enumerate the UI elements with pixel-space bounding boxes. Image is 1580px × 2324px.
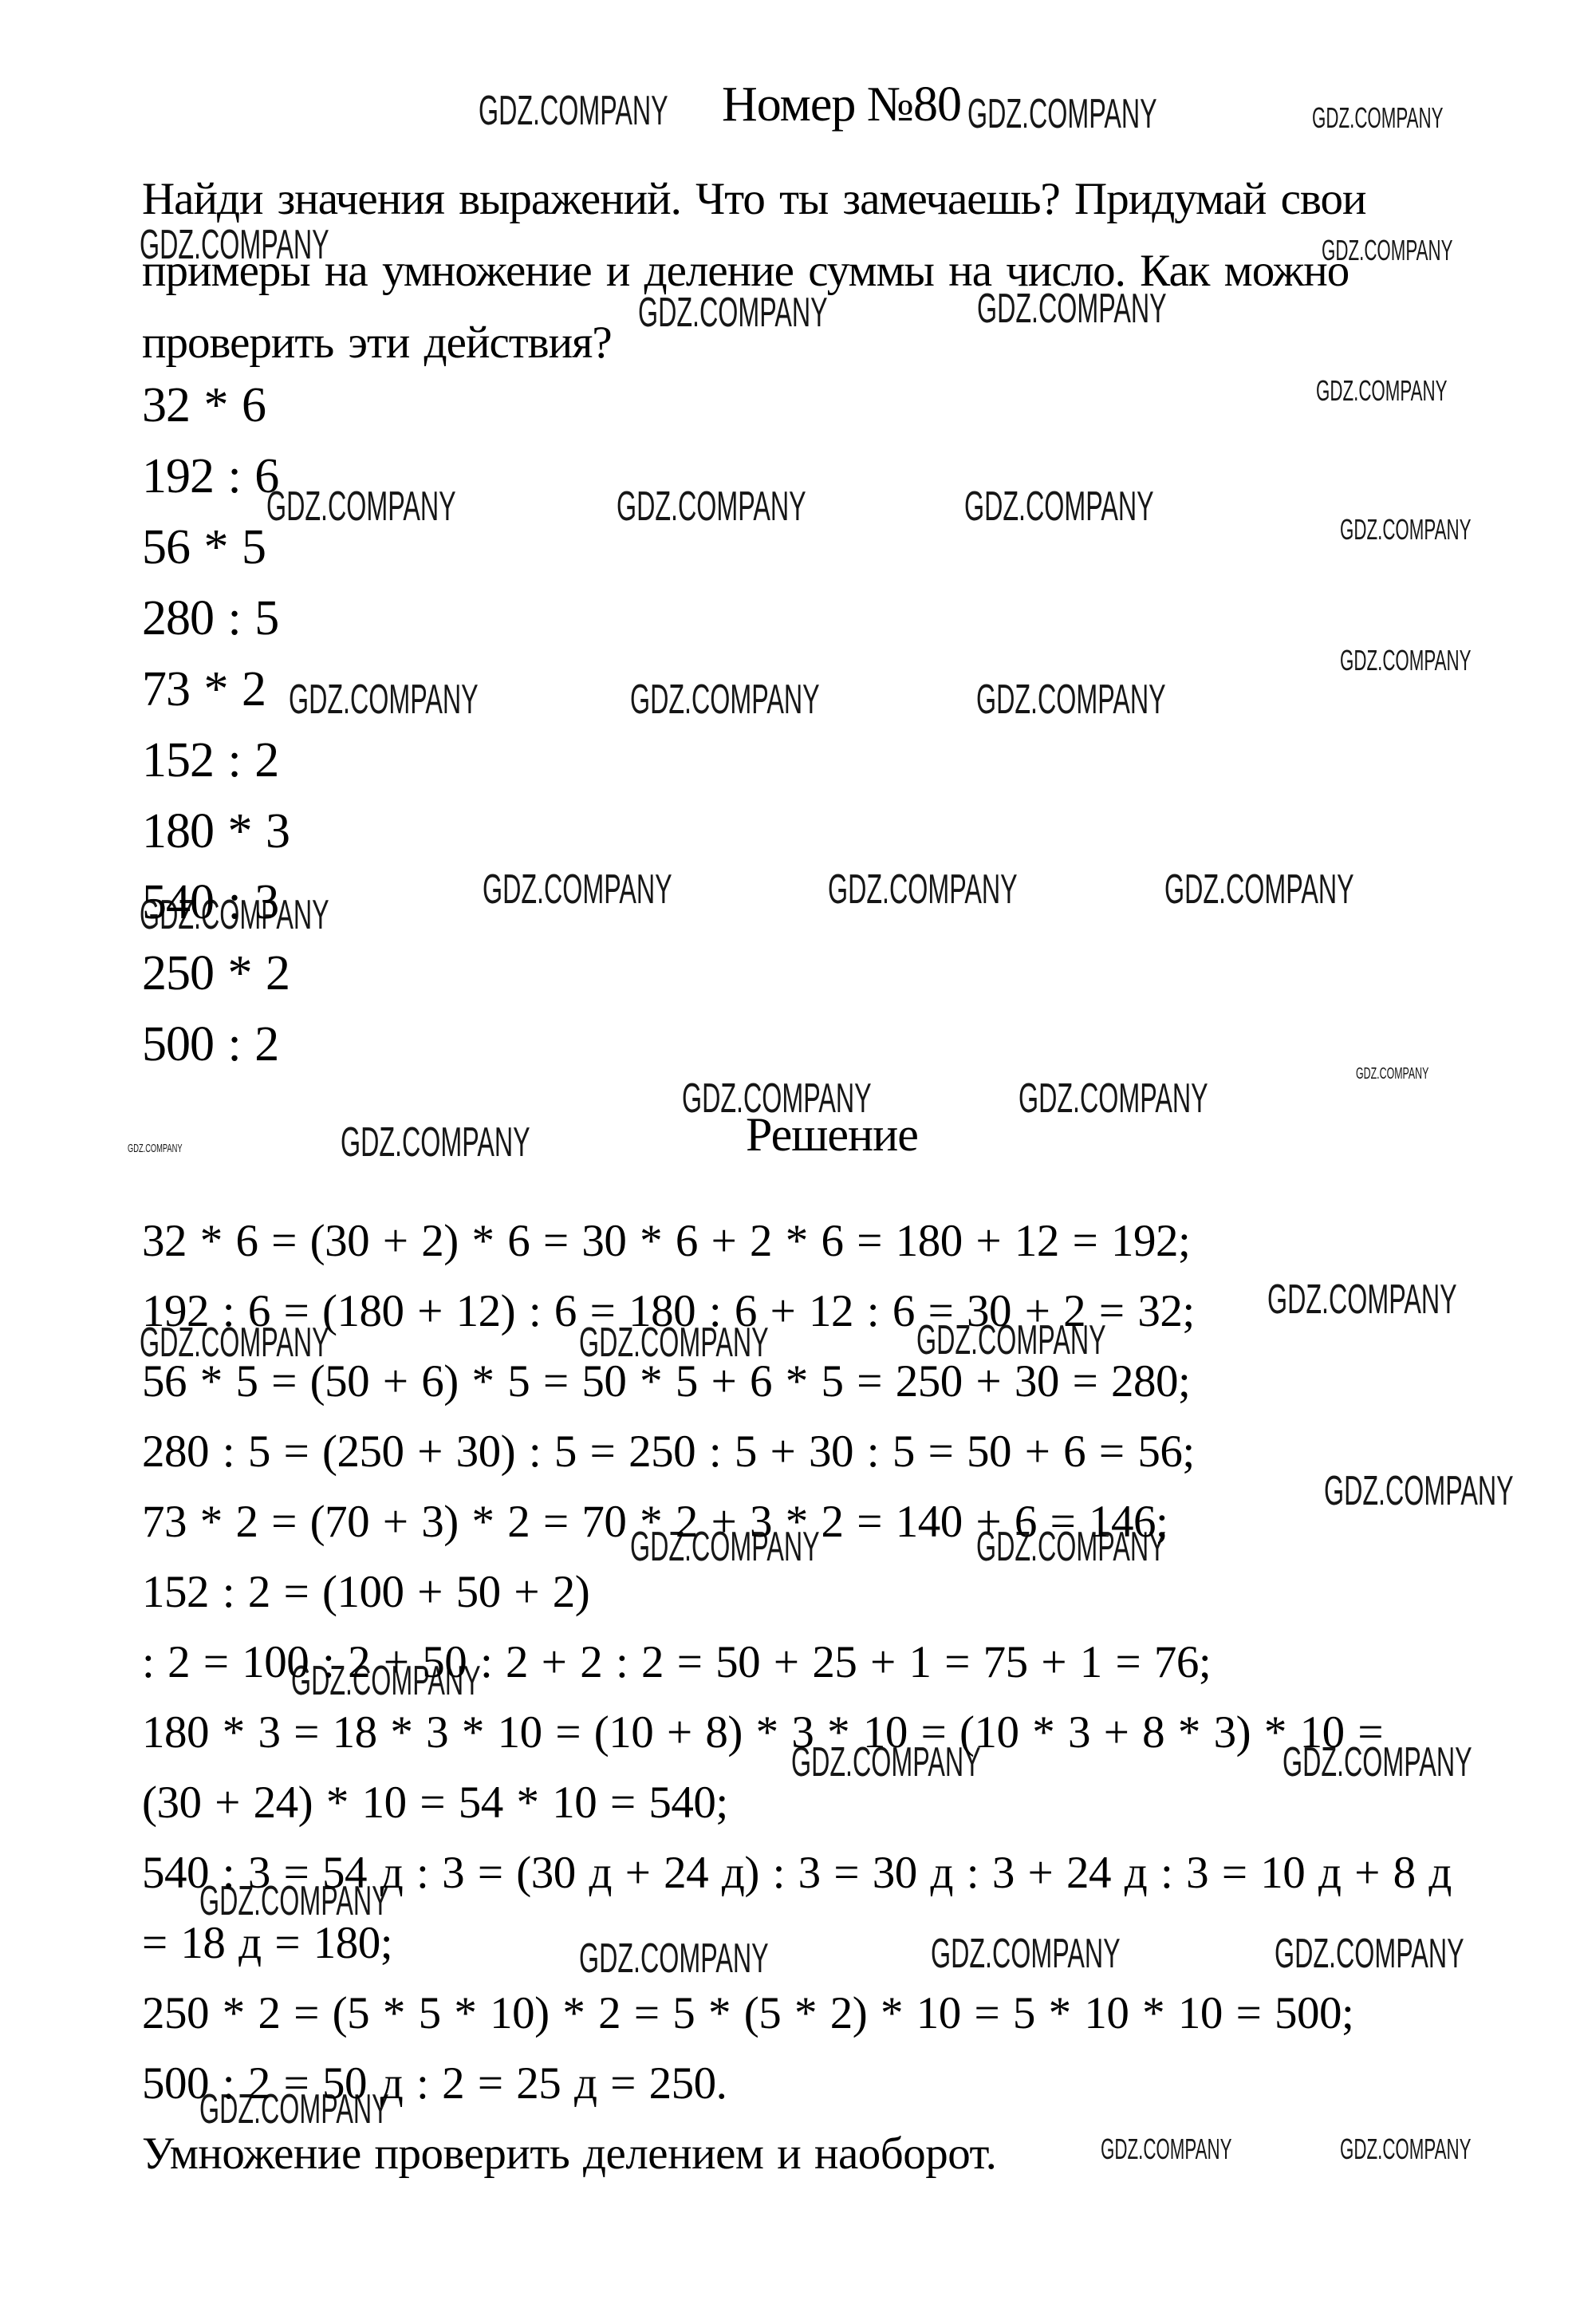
task-line: проверить эти действия? <box>142 307 1482 379</box>
solution-line: Умножение проверить делением и наоборот. <box>142 2119 1570 2189</box>
solution-line: 32 * 6 = (30 + 2) * 6 = 30 * 6 + 2 * 6 =… <box>142 1206 1570 1276</box>
solution-line: 280 : 5 = (250 + 30) : 5 = 250 : 5 + 30 … <box>142 1417 1570 1487</box>
worksheet-page: GDZ.COMPANYGDZ.COMPANYGDZ.COMPANYGDZ.COM… <box>0 0 1580 2324</box>
expression-item: 32 * 6 <box>142 370 290 441</box>
solution-line: 250 * 2 = (5 * 5 * 10) * 2 = 5 * (5 * 2)… <box>142 1979 1570 2049</box>
expression-item: 540 : 3 <box>142 867 290 938</box>
solution-line: 152 : 2 = (100 + 50 + 2) <box>142 1557 1570 1628</box>
solution-line: 56 * 5 = (50 + 6) * 5 = 50 * 5 + 6 * 5 =… <box>142 1347 1570 1417</box>
task-line: Найди значения выражений. Что ты замечае… <box>142 164 1482 235</box>
solution-line: 73 * 2 = (70 + 3) * 2 = 70 * 2 + 3 * 2 =… <box>142 1487 1570 1557</box>
expression-item: 152 : 2 <box>142 725 290 796</box>
solution-line: 192 : 6 = (180 + 12) : 6 = 180 : 6 + 12 … <box>142 1276 1570 1347</box>
expression-item: 73 * 2 <box>142 654 290 725</box>
expression-item: 280 : 5 <box>142 583 290 654</box>
solution-lines: 32 * 6 = (30 + 2) * 6 = 30 * 6 + 2 * 6 =… <box>142 1206 1570 2189</box>
expression-item: 56 * 5 <box>142 512 290 583</box>
task-line: примеры на умножение и деление суммы на … <box>142 235 1482 307</box>
solution-line: = 18 д = 180; <box>142 1908 1570 1979</box>
solution-line: (30 + 24) * 10 = 54 * 10 = 540; <box>142 1768 1570 1838</box>
expression-item: 250 * 2 <box>142 938 290 1009</box>
expression-item: 180 * 3 <box>142 796 290 867</box>
worksheet-content: Номер №80 Найди значения выражений. Что … <box>0 0 1580 2324</box>
solution-line: 180 * 3 = 18 * 3 * 10 = (10 + 8) * 3 * 1… <box>142 1698 1570 1768</box>
solution-line: : 2 = 100 : 2 + 50 : 2 + 2 : 2 = 50 + 25… <box>142 1628 1570 1698</box>
task-text: Найди значения выражений. Что ты замечае… <box>142 164 1482 379</box>
solution-line: 500 : 2 = 50 д : 2 = 25 д = 250. <box>142 2049 1570 2119</box>
expression-item: 192 : 6 <box>142 441 290 512</box>
solution-line: 540 : 3 = 54 д : 3 = (30 д + 24 д) : 3 =… <box>142 1838 1570 1908</box>
solution-heading: Решение <box>746 1111 918 1158</box>
expression-list: 32 * 6192 : 656 * 5280 : 573 * 2152 : 21… <box>142 370 290 1080</box>
expression-item: 500 : 2 <box>142 1009 290 1080</box>
page-title: Номер №80 <box>722 80 961 129</box>
